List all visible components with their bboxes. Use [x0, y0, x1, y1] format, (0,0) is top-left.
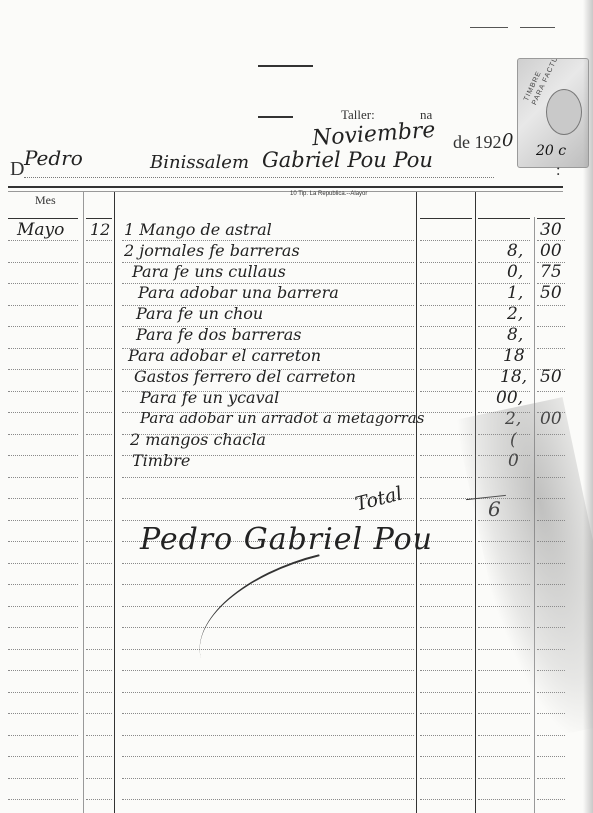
row-rule: [122, 713, 414, 714]
year-printed: de 192: [453, 132, 502, 153]
row-rule: [537, 778, 565, 779]
row-rule: [122, 778, 414, 779]
stamp-overwrite: 20 c: [536, 143, 566, 159]
row-rule: [420, 348, 472, 349]
header-bottom-rule: [478, 218, 530, 219]
column-divider: [83, 192, 84, 813]
tax-stamp: TIMBRE PARA FACTURAS 20 c: [517, 58, 589, 168]
row-rule: [420, 692, 472, 693]
top-dash-rule: [520, 27, 555, 28]
line-item-pesetas: 8,: [507, 325, 523, 345]
row-rule: [537, 348, 565, 349]
row-rule: [122, 799, 414, 800]
row-rule: [537, 305, 565, 306]
row-rule: [86, 606, 112, 607]
row-rule: [420, 627, 472, 628]
row-rule: [8, 326, 78, 327]
row-rule: [86, 649, 112, 650]
row-rule: [420, 391, 472, 392]
row-rule: [420, 799, 472, 800]
line-item-description: Para adobar el carreton: [128, 346, 321, 365]
line-item-pesetas: 2,: [507, 304, 523, 324]
column-divider: [416, 192, 417, 813]
row-rule: [86, 692, 112, 693]
row-rule: [8, 348, 78, 349]
column-divider: [114, 192, 115, 813]
row-rule: [420, 606, 472, 607]
row-rule: [537, 799, 565, 800]
row-rule: [420, 584, 472, 585]
paper-edge: [583, 0, 593, 813]
row-rule: [86, 412, 112, 413]
line-item-description: Para fe dos barreras: [136, 325, 301, 344]
row-rule: [8, 434, 78, 435]
header-bottom-rule: [86, 218, 112, 219]
stamp-seal-icon: [546, 89, 582, 135]
row-rule: [86, 369, 112, 370]
line-item-centimos: 30: [540, 220, 562, 240]
header-bottom-rule: [8, 218, 78, 219]
row-rule: [122, 563, 414, 564]
line-item-description: Gastos ferrero del carreton: [134, 367, 356, 386]
row-rule: [8, 498, 78, 499]
row-rule: [420, 713, 472, 714]
row-rule: [86, 584, 112, 585]
row-rule: [8, 412, 78, 413]
line-item-pesetas: 8,: [507, 241, 523, 261]
row-rule: [8, 541, 78, 542]
row-rule: [86, 498, 112, 499]
recipient-dotted-line: [24, 177, 494, 178]
header-rule: [258, 65, 313, 67]
row-rule: [537, 326, 565, 327]
row-rule: [8, 606, 78, 607]
row-rule: [420, 477, 472, 478]
row-rule: [8, 713, 78, 714]
header-bottom-rule: [420, 218, 472, 219]
taller-label: Taller:: [341, 107, 375, 123]
row-rule: [86, 348, 112, 349]
row-rule: [420, 369, 472, 370]
row-rule: [420, 778, 472, 779]
total-label: Total: [353, 483, 405, 516]
row-rule: [86, 756, 112, 757]
recipient-name: Pedro: [24, 146, 83, 170]
row-rule: [420, 305, 472, 306]
recipient-location: Binissalem: [150, 152, 249, 173]
row-rule: [122, 692, 414, 693]
row-rule: [420, 670, 472, 671]
row-rule: [8, 735, 78, 736]
row-rule: [8, 563, 78, 564]
row-rule: [420, 283, 472, 284]
row-rule: [420, 498, 472, 499]
line-item-description: Timbre: [132, 451, 190, 470]
row-rule: [86, 477, 112, 478]
row-rule: [420, 649, 472, 650]
row-rule: [420, 326, 472, 327]
line-item-description: Para adobar una barrera: [138, 283, 339, 302]
signature: Pedro Gabriel Pou: [140, 522, 433, 557]
line-item-description: 2 jornales fe barreras: [124, 241, 300, 260]
row-rule: [86, 305, 112, 306]
line-item-pesetas: 1,: [507, 283, 523, 303]
row-rule: [8, 756, 78, 757]
row-rule: [8, 369, 78, 370]
row-rule: [86, 455, 112, 456]
row-rule: [420, 520, 472, 521]
year-handwritten: 0: [502, 130, 513, 151]
line-item-centimos: 00: [540, 241, 562, 261]
month-handwritten: Noviembre: [311, 118, 436, 152]
line-item-description: 2 mangos chacla: [130, 430, 266, 449]
line-item-description: Para adobar un arradot a metagorras: [140, 409, 424, 427]
line-item-pesetas: 18,: [500, 367, 527, 387]
issuer-name: Gabriel Pou Pou: [262, 148, 433, 172]
line-item-description: 1 Mango de astral: [124, 220, 272, 239]
row-rule: [478, 799, 530, 800]
row-rule: [86, 735, 112, 736]
row-rule: [8, 455, 78, 456]
row-rule: [420, 240, 472, 241]
row-rule: [86, 283, 112, 284]
row-rule: [86, 799, 112, 800]
row-rule: [8, 262, 78, 263]
row-rule: [122, 756, 414, 757]
line-item-pesetas: 18: [503, 346, 525, 366]
row-rule: [537, 391, 565, 392]
row-rule: [8, 692, 78, 693]
row-rule: [478, 778, 530, 779]
row-rule: [86, 541, 112, 542]
row-rule: [420, 563, 472, 564]
row-rule: [122, 735, 414, 736]
column-header-mes: Mes: [35, 193, 56, 208]
row-rule: [8, 305, 78, 306]
row-rule: [122, 477, 414, 478]
row-rule: [8, 670, 78, 671]
row-rule: [8, 391, 78, 392]
line-item-pesetas: 0,: [507, 262, 523, 282]
row-rule: [8, 799, 78, 800]
row-rule: [86, 520, 112, 521]
row-rule: [86, 391, 112, 392]
row-rule: [122, 670, 414, 671]
row-rule: [122, 649, 414, 650]
row-rule: [8, 477, 78, 478]
recipient-colon: :: [556, 162, 560, 180]
row-rule: [478, 756, 530, 757]
row-rule: [537, 756, 565, 757]
top-dash-rule: [470, 27, 508, 28]
printer-mark: 10 Tip. La Republica.--Alayor: [290, 191, 367, 197]
row-rule: [420, 262, 472, 263]
row-rule: [8, 584, 78, 585]
table-top-rule: [8, 186, 563, 188]
header-bottom-rule: [537, 218, 565, 219]
row-rule: [86, 627, 112, 628]
row-rule: [86, 670, 112, 671]
line-item-centimos: 75: [540, 262, 562, 282]
row-rule: [8, 627, 78, 628]
row-rule: [420, 412, 472, 413]
line-item-description: Para fe uns cullaus: [132, 262, 286, 281]
row-rule: [86, 778, 112, 779]
row-rule: [86, 563, 112, 564]
row-rule: [8, 240, 78, 241]
table-top-rule-2: [8, 191, 563, 192]
row-rule: [8, 778, 78, 779]
line-item-centimos: 50: [540, 283, 562, 303]
header-rule: [258, 116, 293, 118]
row-rule: [8, 283, 78, 284]
row-rule: [420, 735, 472, 736]
row-rule: [86, 326, 112, 327]
row-rule: [86, 713, 112, 714]
line-item-pesetas: 00,: [496, 388, 523, 408]
recipient-prefix: D: [10, 158, 24, 181]
line-item-description: Para fe un ycaval: [140, 388, 279, 407]
entry-day: 12: [90, 220, 110, 239]
line-item-description: Para fe un chou: [136, 304, 263, 323]
row-rule: [8, 520, 78, 521]
row-rule: [8, 649, 78, 650]
row-rule: [420, 756, 472, 757]
entry-month: Mayo: [17, 220, 64, 240]
line-item-centimos: 50: [540, 367, 562, 387]
row-rule: [86, 240, 112, 241]
row-rule: [122, 520, 414, 521]
row-rule: [86, 434, 112, 435]
row-rule: [86, 262, 112, 263]
